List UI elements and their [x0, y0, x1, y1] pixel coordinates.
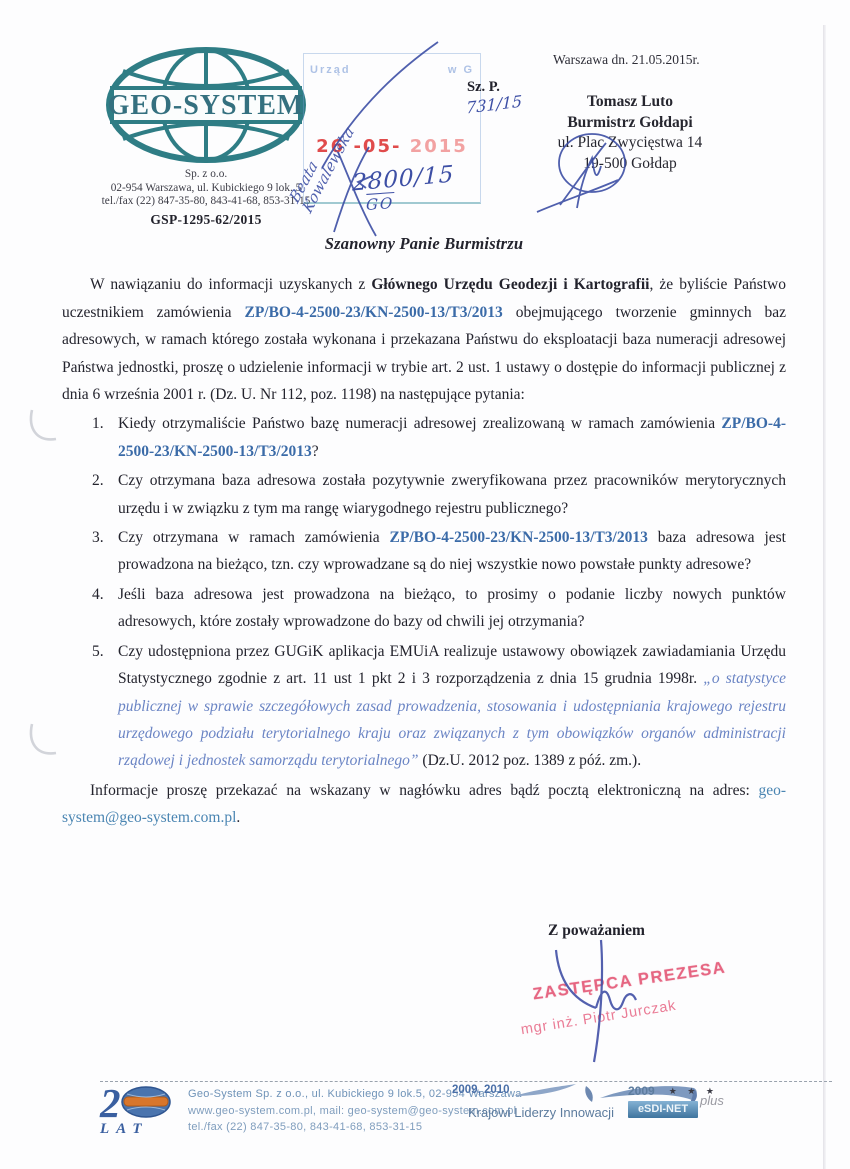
sender-reference-number: GSP-1295-62/2015	[92, 212, 320, 228]
scan-hole-punch-artifacts	[31, 410, 56, 753]
footer-divider	[100, 1081, 832, 1082]
president-signature	[556, 940, 636, 1062]
recipient-address-block: Tomasz Luto Burmistrz Gołdapi ul. Plac Z…	[510, 92, 750, 174]
esdi-plus-label: plus	[700, 1093, 724, 1108]
letter-body: Szanowny Panie Burmistrzu W nawiązaniu d…	[62, 230, 786, 832]
question-text: Czy otrzymana w ramach zamówienia ZP/BO-…	[118, 524, 786, 579]
scan-page-edge	[823, 25, 826, 1169]
question-number: 2.	[92, 467, 118, 522]
question-number: 4.	[92, 581, 118, 636]
letter-intro-paragraph: W nawiązaniu do informacji uzyskanych z …	[62, 271, 786, 408]
sender-company-form: Sp. z o.o.	[92, 168, 320, 182]
esdi-award: 2009 ★ ★ ★ eSDI-NET plus	[628, 1084, 748, 1118]
question-item-4: 4. Jeśli baza adresowa jest prowadzona n…	[92, 581, 786, 636]
position-stamp-name: mgr inż. Piotr Jurczak	[520, 998, 678, 1038]
question-number: 3.	[92, 524, 118, 579]
question-number: 1.	[92, 410, 118, 465]
anniversary-globe-icon	[121, 1086, 171, 1118]
question-text: Kiedy otrzymaliście Państwo bazę numerac…	[118, 410, 786, 465]
sender-block: GEO-SYSTEM Sp. z o.o. 02-954 Warszawa, u…	[92, 46, 320, 228]
question-text: Czy udostępniona przez GUGiK aplikacja E…	[118, 638, 786, 775]
recipient-city: 19-500 Gołdap	[510, 154, 750, 175]
question-item-3: 3. Czy otrzymana w ramach zamówienia ZP/…	[92, 524, 786, 579]
geo-system-logo-icon: GEO-SYSTEM	[103, 46, 309, 164]
question-list: 1. Kiedy otrzymaliście Państwo bazę nume…	[62, 410, 786, 774]
registry-stamp-faint-text: Urząd	[310, 64, 351, 76]
recipient-street: ul. Plac Zwycięstwa 14	[510, 133, 750, 154]
esdi-award-year: 2009	[628, 1084, 655, 1098]
anniversary-logo: 2 LAT	[100, 1086, 184, 1138]
anniversary-number: 2	[100, 1086, 121, 1120]
recipient-title: Burmistrz Gołdapi	[510, 113, 750, 134]
place-and-date: Warszawa dn. 21.05.2015r.	[553, 52, 700, 68]
question-text: Jeśli baza adresowa jest prowadzona na b…	[118, 581, 786, 636]
handwritten-registry-code: GO	[366, 192, 395, 214]
letter-title: Szanowny Panie Burmistrzu	[62, 230, 786, 257]
scanned-letter-page: GEO-SYSTEM Sp. z o.o. 02-954 Warszawa, u…	[0, 0, 850, 1169]
question-item-2: 2. Czy otrzymana baza adresowa została p…	[92, 467, 786, 522]
question-item-5: 5. Czy udostępniona przez GUGiK aplikacj…	[92, 638, 786, 775]
innovation-award: 2009, 2010 Krajowi Liderzy Innowacji	[452, 1084, 614, 1120]
sender-address: 02-954 Warszawa, ul. Kubickiego 9 lok. 5	[92, 182, 320, 196]
svg-text:GEO-SYSTEM: GEO-SYSTEM	[108, 90, 305, 121]
position-stamp-title: ZASTĘPCA PREZESA	[532, 959, 728, 1005]
salutation-prefix: Sz. P.	[467, 79, 500, 96]
esdi-badge: eSDI-NET	[628, 1101, 698, 1118]
signoff: Z poważaniem	[548, 922, 645, 940]
question-text: Czy otrzymana baza adresowa została pozy…	[118, 467, 786, 522]
footer-phone-line: tel./fax (22) 847-35-80, 843-41-68, 853-…	[188, 1119, 522, 1136]
sender-phone: tel./fax (22) 847-35-80, 843-41-68, 853-…	[92, 195, 320, 209]
registry-stamp-faint-text: w G	[448, 64, 474, 76]
letter-closing-paragraph: Informacje proszę przekazać na wskazany …	[62, 777, 786, 832]
question-item-1: 1. Kiedy otrzymaliście Państwo bazę nume…	[92, 410, 786, 465]
anniversary-label: LAT	[100, 1121, 184, 1138]
question-number: 5.	[92, 638, 118, 775]
recipient-name: Tomasz Luto	[510, 92, 750, 113]
